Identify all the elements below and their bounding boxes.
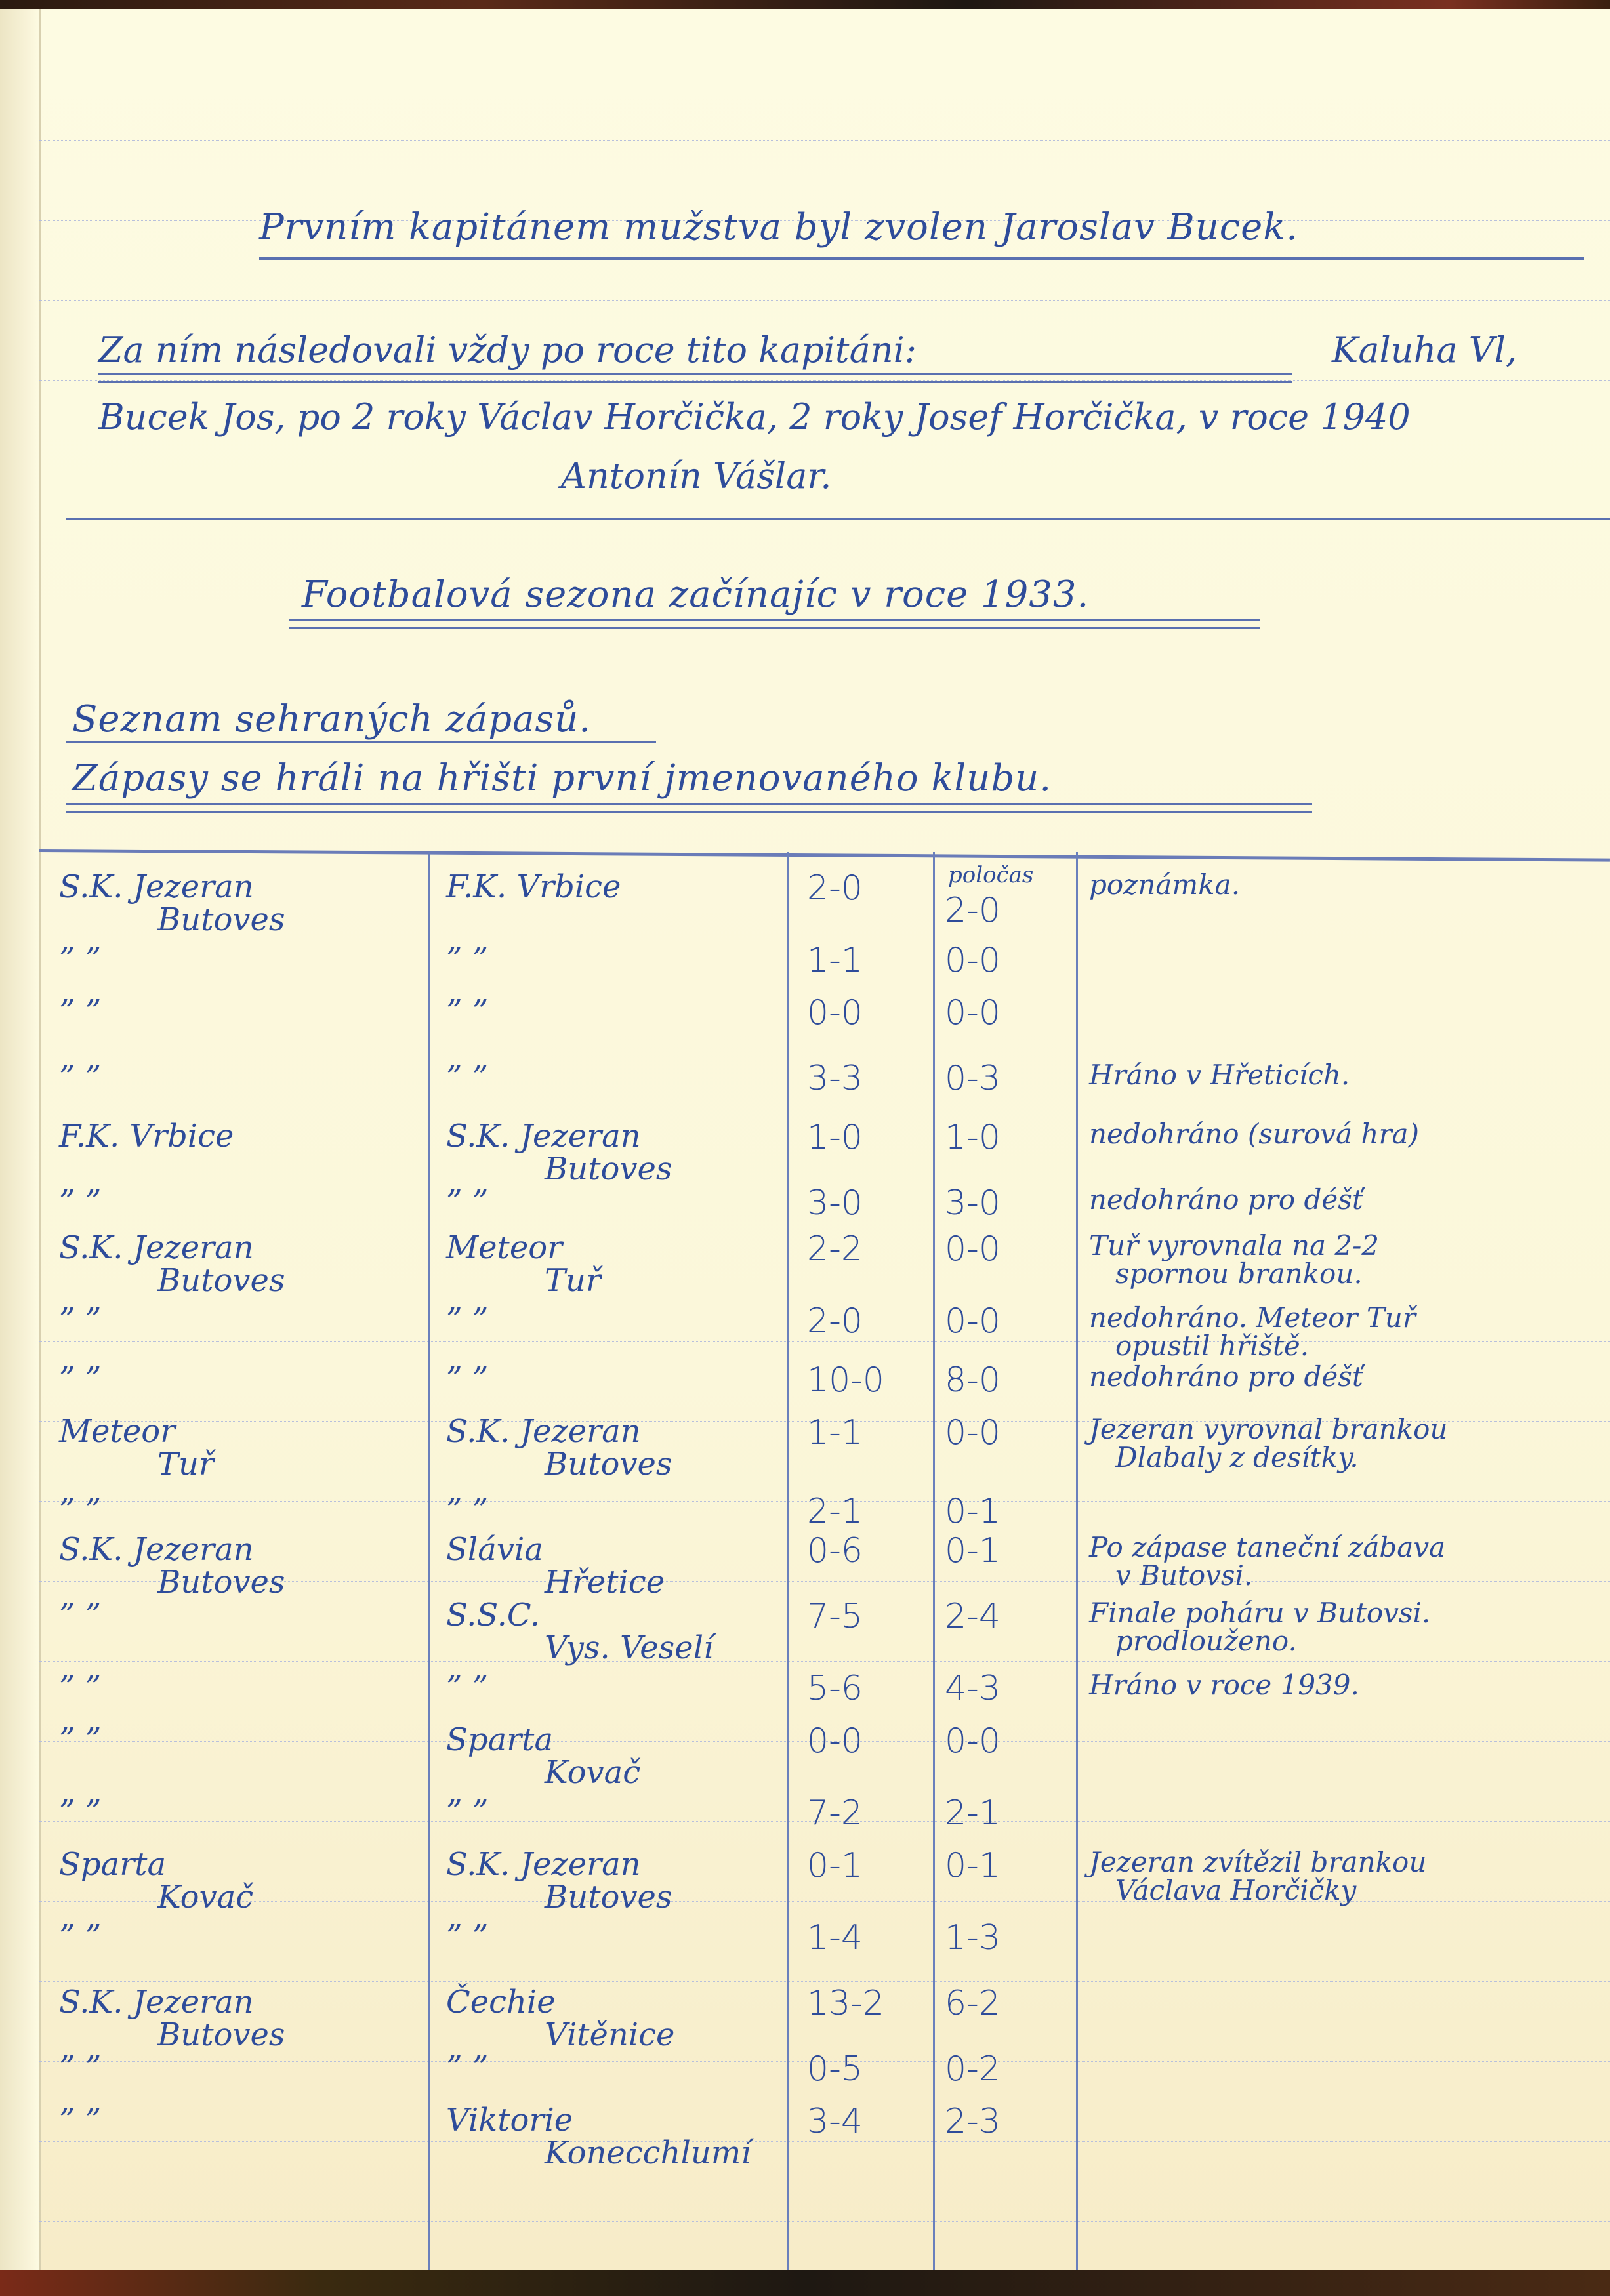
column-divider-halftime-note — [1076, 852, 1078, 2272]
final-score: 3-4 — [807, 2102, 863, 2141]
home-team: ” ” — [59, 1794, 101, 1830]
away-team: S.K. JezeranButoves — [446, 1413, 672, 1483]
match-list-subtitle-underline-b — [66, 811, 1312, 813]
halftime-score: 1-0 — [945, 1118, 1001, 1157]
successors-line-1-underlined: Za ním následovali vždy po roce tito kap… — [98, 329, 917, 371]
match-note: Po zápase taneční zábavav Butovsi. — [1089, 1531, 1445, 1591]
notebook-ruling — [39, 140, 1610, 141]
successors-line-1-rest: Kaluha Vl, — [1332, 329, 1517, 371]
home-team: S.K. JezeranButoves — [59, 1531, 285, 1601]
successors-underline-b — [98, 381, 1292, 383]
home-team: ” ” — [59, 1721, 101, 1758]
away-team: ViktorieKonecchlumí — [446, 2102, 751, 2171]
match-note: nedohráno. Meteor Tuřopustil hřiště. — [1089, 1302, 1416, 1362]
away-team: ” ” — [446, 1302, 488, 1338]
away-team: ” ” — [446, 1918, 488, 1955]
notebook-ruling — [39, 2141, 1610, 2142]
match-list-subtitle: Zápasy se hráli na hřišti první jmenovan… — [72, 757, 1052, 800]
page-gutter — [0, 9, 41, 2279]
home-team: MeteorTuř — [59, 1413, 214, 1483]
halftime-score: 0-0 — [945, 1721, 1001, 1761]
match-note: Hráno v Hřeticích. — [1089, 1059, 1350, 1091]
away-team: S.S.C.Vys. Veselí — [446, 1597, 713, 1666]
notebook-page: Prvním kapitánem mužstva byl zvolen Jaro… — [0, 9, 1610, 2279]
home-team: ” ” — [59, 993, 101, 1030]
table-top-rule — [39, 849, 1610, 862]
away-team: F.K. Vrbice — [446, 869, 621, 905]
final-score: 2-2 — [807, 1229, 863, 1269]
halftime-score: 0-0 — [945, 1229, 1001, 1269]
away-team: ” ” — [446, 1059, 488, 1096]
halftime-score: 3-0 — [945, 1183, 1001, 1223]
notebook-ruling — [39, 300, 1610, 301]
final-score: 1-0 — [807, 1118, 863, 1157]
final-score: 10-0 — [807, 1361, 884, 1400]
away-team: ” ” — [446, 1794, 488, 1830]
final-score: 2-1 — [807, 1492, 863, 1531]
match-note: Finale poháru v Butovsi.prodlouženo. — [1089, 1597, 1430, 1657]
match-note: nedohráno (surová hra) — [1089, 1118, 1419, 1150]
halftime-score: 0-1 — [945, 1846, 1001, 1885]
season-title-underline-b — [289, 627, 1260, 629]
away-team: ” ” — [446, 941, 488, 977]
halftime-score: 0-1 — [945, 1531, 1001, 1570]
halftime-score: 0-0 — [945, 941, 1001, 980]
successors-line-3: Antonín Vášlar. — [561, 455, 831, 497]
away-team: ” ” — [446, 1669, 488, 1706]
final-score: 1-1 — [807, 941, 863, 980]
home-team: SpartaKovač — [59, 1846, 253, 1916]
match-note: poznámka. — [1089, 869, 1240, 901]
match-note: Tuř vyrovnala na 2-2spornou brankou. — [1089, 1229, 1379, 1290]
halftime-score: 2-0 — [945, 891, 1001, 930]
away-team: ” ” — [446, 1183, 488, 1220]
away-team: SpartaKovač — [446, 1721, 640, 1791]
successors-underline-a — [98, 373, 1292, 375]
match-note: nedohráno pro déšť — [1089, 1183, 1363, 1216]
home-team: ” ” — [59, 2049, 101, 2086]
final-score: 7-5 — [807, 1597, 863, 1636]
match-note: Jezeran vyrovnal brankouDlabaly z desítk… — [1089, 1413, 1447, 1473]
match-list-subtitle-underline-a — [66, 803, 1312, 805]
match-list-title: Seznam sehraných zápasů. — [72, 698, 591, 741]
final-score: 3-0 — [807, 1183, 863, 1223]
final-score: 7-2 — [807, 1794, 863, 1833]
home-team: ” ” — [59, 1302, 101, 1338]
match-note: nedohráno pro déšť — [1089, 1361, 1363, 1393]
notebook-ruling — [39, 1181, 1610, 1181]
away-team: ” ” — [446, 2049, 488, 2086]
halftime-score: 0-1 — [945, 1492, 1001, 1531]
home-team: F.K. Vrbice — [59, 1118, 234, 1155]
notebook-ruling — [39, 1101, 1610, 1101]
home-team: S.K. JezeranButoves — [59, 1229, 285, 1299]
final-score: 2-0 — [807, 1302, 863, 1341]
notebook-ruling — [39, 541, 1610, 541]
away-team: ” ” — [446, 1492, 488, 1528]
away-team: SláviaHřetice — [446, 1531, 665, 1601]
final-score: 1-1 — [807, 1413, 863, 1452]
home-team: ” ” — [59, 2102, 101, 2139]
notebook-ruling — [39, 861, 1610, 861]
match-list-title-underline — [66, 741, 656, 743]
home-team: ” ” — [59, 1183, 101, 1220]
away-team: ” ” — [446, 993, 488, 1030]
match-note: Hráno v roce 1939. — [1089, 1669, 1359, 1701]
halftime-score: 4-3 — [945, 1669, 1001, 1708]
final-score: 5-6 — [807, 1669, 863, 1708]
final-score: 0-0 — [807, 993, 863, 1033]
home-team: ” ” — [59, 1492, 101, 1528]
halftime-score: 0-0 — [945, 1413, 1001, 1452]
final-score: 13-2 — [807, 1984, 884, 2023]
home-team: ” ” — [59, 1669, 101, 1706]
successors-line-2: Bucek Jos, po 2 roky Václav Horčička, 2 … — [98, 396, 1411, 438]
halftime-score: 2-1 — [945, 1794, 1001, 1833]
column-divider-score-halftime — [933, 852, 935, 2272]
final-score: 0-1 — [807, 1846, 863, 1885]
final-score: 0-0 — [807, 1721, 863, 1761]
final-score: 3-3 — [807, 1059, 863, 1098]
halftime-score: 0-0 — [945, 993, 1001, 1033]
match-note: Jezeran zvítězil brankouVáclava Horčičky — [1089, 1846, 1426, 1906]
season-title-underline-a — [289, 619, 1260, 621]
final-score: 0-6 — [807, 1531, 863, 1570]
away-team: MeteorTuř — [446, 1229, 601, 1299]
first-captain-underline — [259, 257, 1584, 260]
home-team: ” ” — [59, 941, 101, 977]
halftime-score: 1-3 — [945, 1918, 1001, 1958]
home-team: S.K. JezeranButoves — [59, 869, 285, 938]
final-score: 1-4 — [807, 1918, 863, 1958]
home-team: S.K. JezeranButoves — [59, 1984, 285, 2053]
notebook-ruling — [39, 2221, 1610, 2222]
halftime-score: 0-2 — [945, 2049, 1001, 2089]
notebook-ruling — [39, 1981, 1610, 1982]
book-cover-bottom-edge — [0, 2270, 1610, 2296]
first-captain-line: Prvním kapitánem mužstva byl zvolen Jaro… — [259, 206, 1298, 249]
away-team: S.K. JezeranButoves — [446, 1118, 672, 1187]
column-divider-home-away — [428, 852, 430, 2272]
home-team: ” ” — [59, 1361, 101, 1397]
final-score: 2-0 — [807, 869, 863, 908]
home-team: ” ” — [59, 1918, 101, 1955]
halftime-score: 0-3 — [945, 1059, 1001, 1098]
halftime-score: 2-3 — [945, 2102, 1001, 2141]
halftime-score: 2-4 — [945, 1597, 1001, 1636]
home-team: ” ” — [59, 1059, 101, 1096]
away-team: ” ” — [446, 1361, 488, 1397]
halftime-score: 0-0 — [945, 1302, 1001, 1341]
away-team: ČechieVitěnice — [446, 1984, 674, 2053]
halftime-header: poločas — [948, 862, 1033, 888]
halftime-score: 8-0 — [945, 1361, 1001, 1400]
notebook-ruling — [39, 1661, 1610, 1662]
away-team: S.K. JezeranButoves — [446, 1846, 672, 1916]
final-score: 0-5 — [807, 2049, 863, 2089]
section-divider — [66, 518, 1610, 520]
halftime-score: 6-2 — [945, 1984, 1001, 2023]
season-title: Footbalová sezona začínajíc v roce 1933. — [302, 573, 1089, 616]
column-divider-away-score — [787, 852, 789, 2272]
home-team: ” ” — [59, 1597, 101, 1633]
